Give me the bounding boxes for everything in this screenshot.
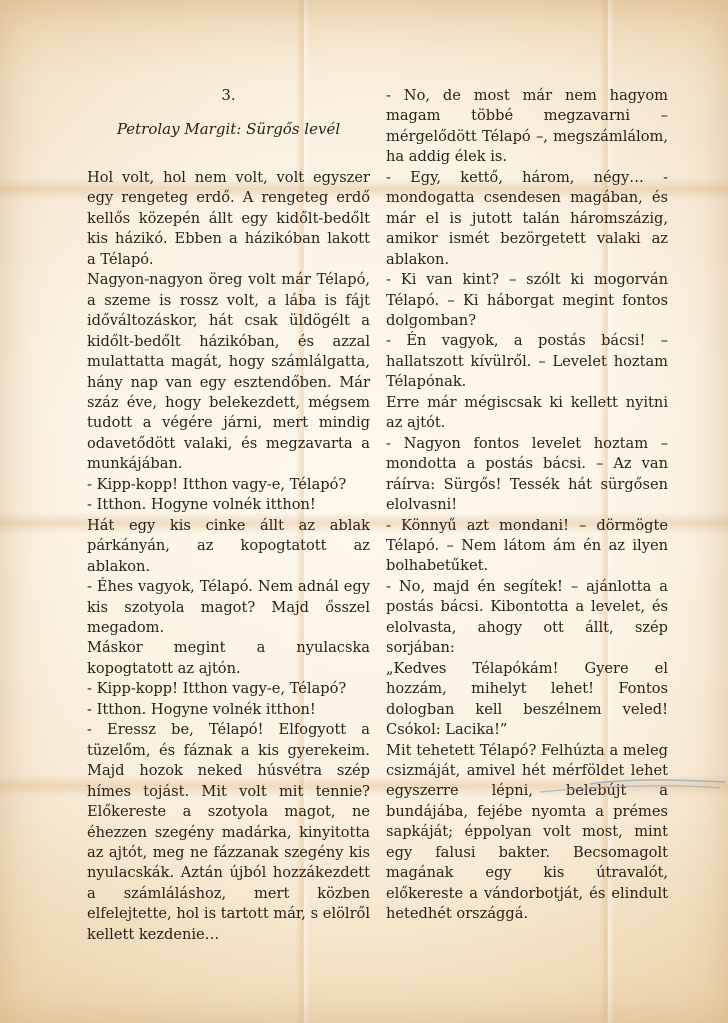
- paragraph: - No, majd én segítek! – ajánlotta a pos…: [386, 577, 668, 659]
- paragraph: - Kipp-kopp! Itthon vagy-e, Télapó?: [87, 679, 370, 699]
- paragraph: Mit tehetett Télapó? Felhúzta a meleg cs…: [386, 741, 668, 925]
- paragraph: - Itthon. Hogyne volnék itthon!: [87, 700, 370, 720]
- paragraph: - Én vagyok, a postás bácsi! – hallatszo…: [386, 331, 668, 392]
- paragraph: Nagyon-nagyon öreg volt már Télapó, a sz…: [87, 270, 370, 475]
- story-number: 3.: [87, 86, 370, 104]
- paragraph: - Könnyű azt mondani! – dörmögte Télapó.…: [386, 516, 668, 577]
- paragraph: - Itthon. Hogyne volnék itthon!: [87, 495, 370, 515]
- paragraph: Hol volt, hol nem volt, volt egyszer egy…: [87, 168, 370, 270]
- right-column: - No, de most már nem hagyom magam többé…: [386, 86, 668, 925]
- paragraph: „Kedves Télapókám! Gyere el hozzám, mihe…: [386, 659, 668, 741]
- paragraph: - Ki van kint? – szólt ki mogorván Télap…: [386, 270, 668, 331]
- paragraph: Erre már mégiscsak ki kellett nyitni az …: [386, 393, 668, 434]
- paragraph: - Egy, kettő, három, négy… - mondogatta …: [386, 168, 668, 270]
- paragraph: Máskor megint a nyulacska kopogtatott az…: [87, 638, 370, 679]
- paragraph: - Nagyon fontos levelet hoztam – mondott…: [386, 434, 668, 516]
- paragraph: Hát egy kis cinke állt az ablak párkányá…: [87, 516, 370, 577]
- paragraph: - Éhes vagyok, Télapó. Nem adnál egy kis…: [87, 577, 370, 638]
- paragraph: - Eressz be, Télapó! Elfogyott a tüzelőm…: [87, 720, 370, 945]
- left-column: Hol volt, hol nem volt, volt egyszer egy…: [87, 168, 370, 945]
- story-title: Petrolay Margit: Sürgős levél: [87, 120, 370, 138]
- paragraph: - No, de most már nem hagyom magam többé…: [386, 86, 668, 168]
- paragraph: - Kipp-kopp! Itthon vagy-e, Télapó?: [87, 475, 370, 495]
